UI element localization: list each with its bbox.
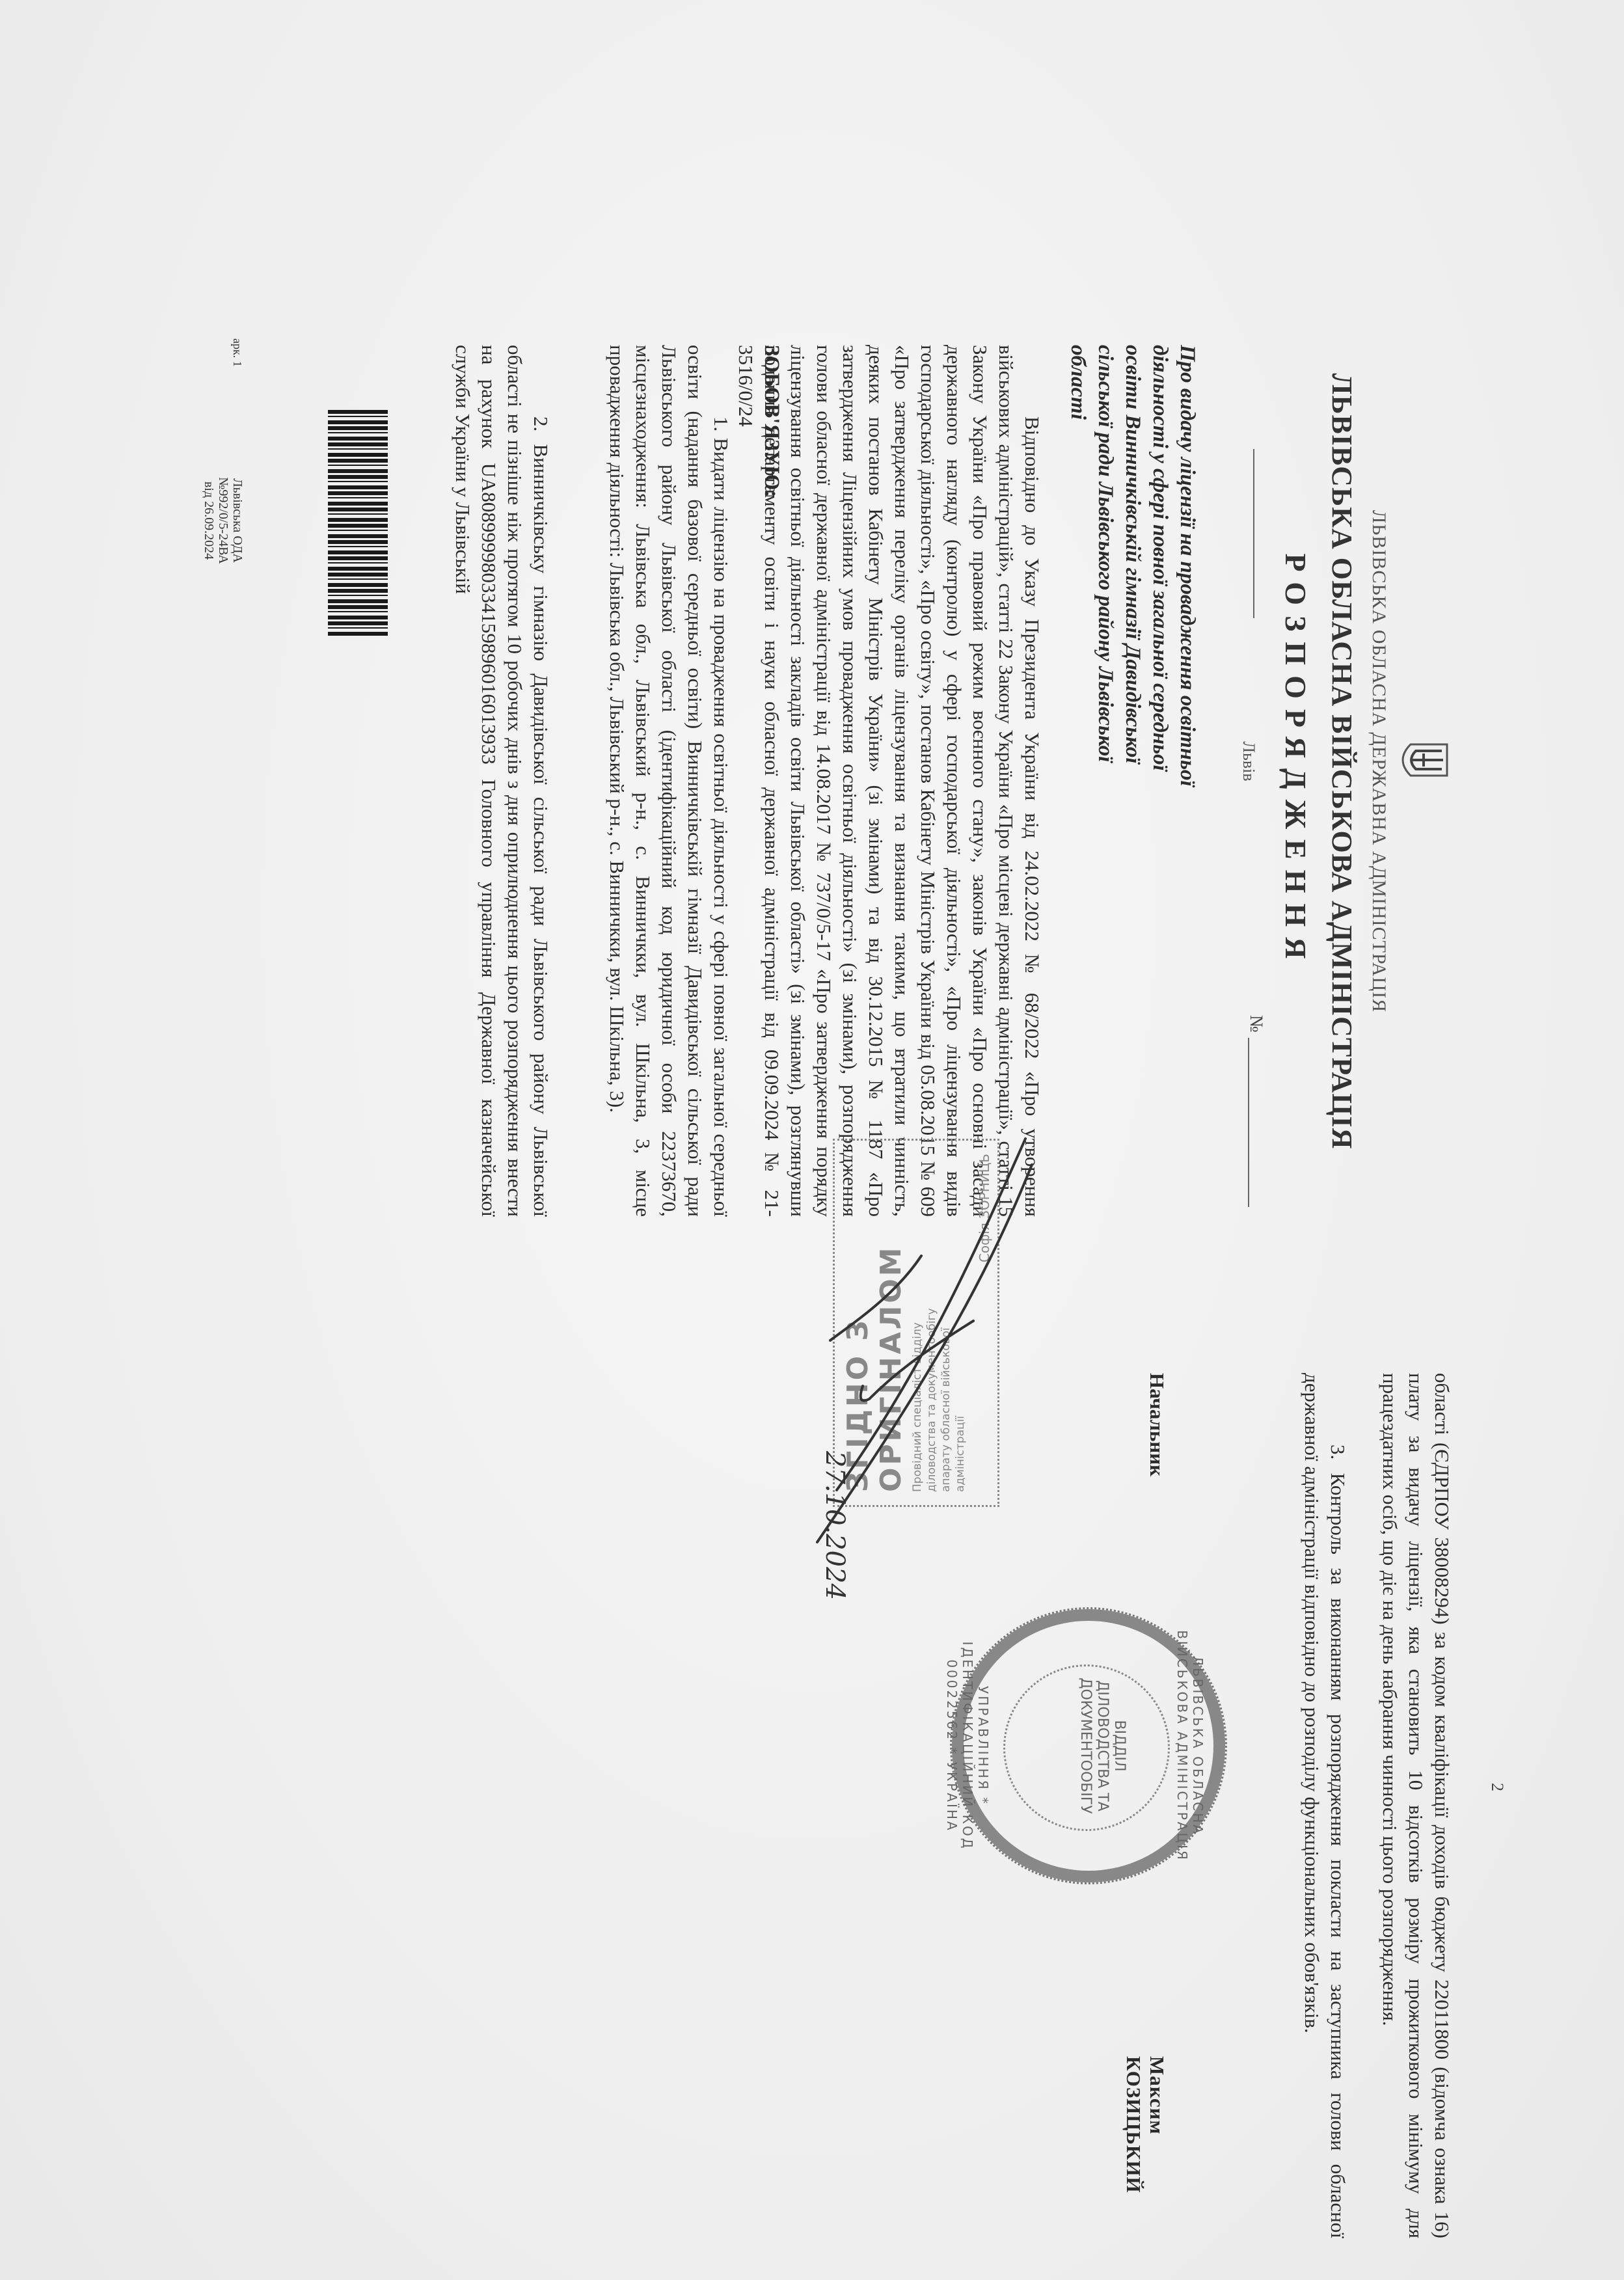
stamp-ring-top: ЛЬВІВСЬКА ОБЛАСНА ВІЙСЬКОВА АДМІНІСТРАЦІ… xyxy=(1174,1609,1206,1882)
state-administration-label: ЛЬВІВСЬКА ОБЛАСНА ДЕРЖАВНА АДМІНІСТРАЦІЯ xyxy=(1368,247,1390,1275)
order-item-2: 2. Винничківську гімназію Давидівської с… xyxy=(450,345,554,1217)
stamp-center: ВІДДІЛ ДІЛОВОДСТВА ТА ДОКУМЕНТООБІГУ xyxy=(1077,1664,1128,1827)
registration-number: №992/0/5-24ВА xyxy=(216,429,230,612)
registration-barcode xyxy=(328,410,388,638)
number-blank-line xyxy=(1248,1038,1249,1207)
order-item-3: 3. Контроль за виконанням розпорядження … xyxy=(1299,1373,1351,2238)
order-item-1: 1. Видати ліцензію на провадження освітн… xyxy=(604,345,734,1217)
official-round-stamp: ЛЬВІВСЬКА ОБЛАСНА ВІЙСЬКОВА АДМІНІСТРАЦІ… xyxy=(950,1607,1227,1884)
page-1: ЛЬВІВСЬКА ОБЛАСНА ДЕРЖАВНА АДМІНІСТРАЦІЯ… xyxy=(62,247,1461,1301)
signatory-name: Максим КОЗИЦЬКИЙ xyxy=(1122,2056,1169,2245)
number-label: № xyxy=(1245,1015,1266,1033)
item-2-continuation: області (ЄДРПОУ 38008294) за кодом квалі… xyxy=(1377,1373,1455,2238)
tryzub-icon xyxy=(1395,742,1450,778)
sheet-label: арк. 1 xyxy=(230,338,245,367)
registration-date: від 26.09.2024 xyxy=(202,429,216,612)
page-number: 2 xyxy=(1487,1783,1507,1791)
registration-stamp: арк. 1 Львівська ОДА №992/0/5-24ВА від 2… xyxy=(202,429,245,612)
document-type: РОЗПОРЯДЖЕННЯ xyxy=(1279,247,1313,1275)
registration-org: Львівська ОДА xyxy=(230,429,245,612)
stamp-ring-bottom: УПРАВЛІННЯ * ІДЕНТИФІКАЦІЙНИЙ КОД 000225… xyxy=(944,1609,991,1882)
page-2: 2 області (ЄДРПОУ 38008294) за кодом ква… xyxy=(108,1334,1507,2245)
handwritten-date: 27.10.2024 xyxy=(820,1451,850,1600)
order-subject: Про видачу ліцензії на провадження освіт… xyxy=(1064,345,1201,800)
obligate-heading: ЗОБОВ'ЯЗУЮ: xyxy=(759,345,785,1217)
signatory-title: Начальник xyxy=(1145,1373,1169,1476)
scanned-document: ЛЬВІВСЬКА ОБЛАСНА ДЕРЖАВНА АДМІНІСТРАЦІЯ… xyxy=(0,0,1624,2280)
organization-title: ЛЬВІВСЬКА ОБЛАСНА ВІЙСЬКОВА АДМІНІСТРАЦІ… xyxy=(1325,247,1359,1275)
